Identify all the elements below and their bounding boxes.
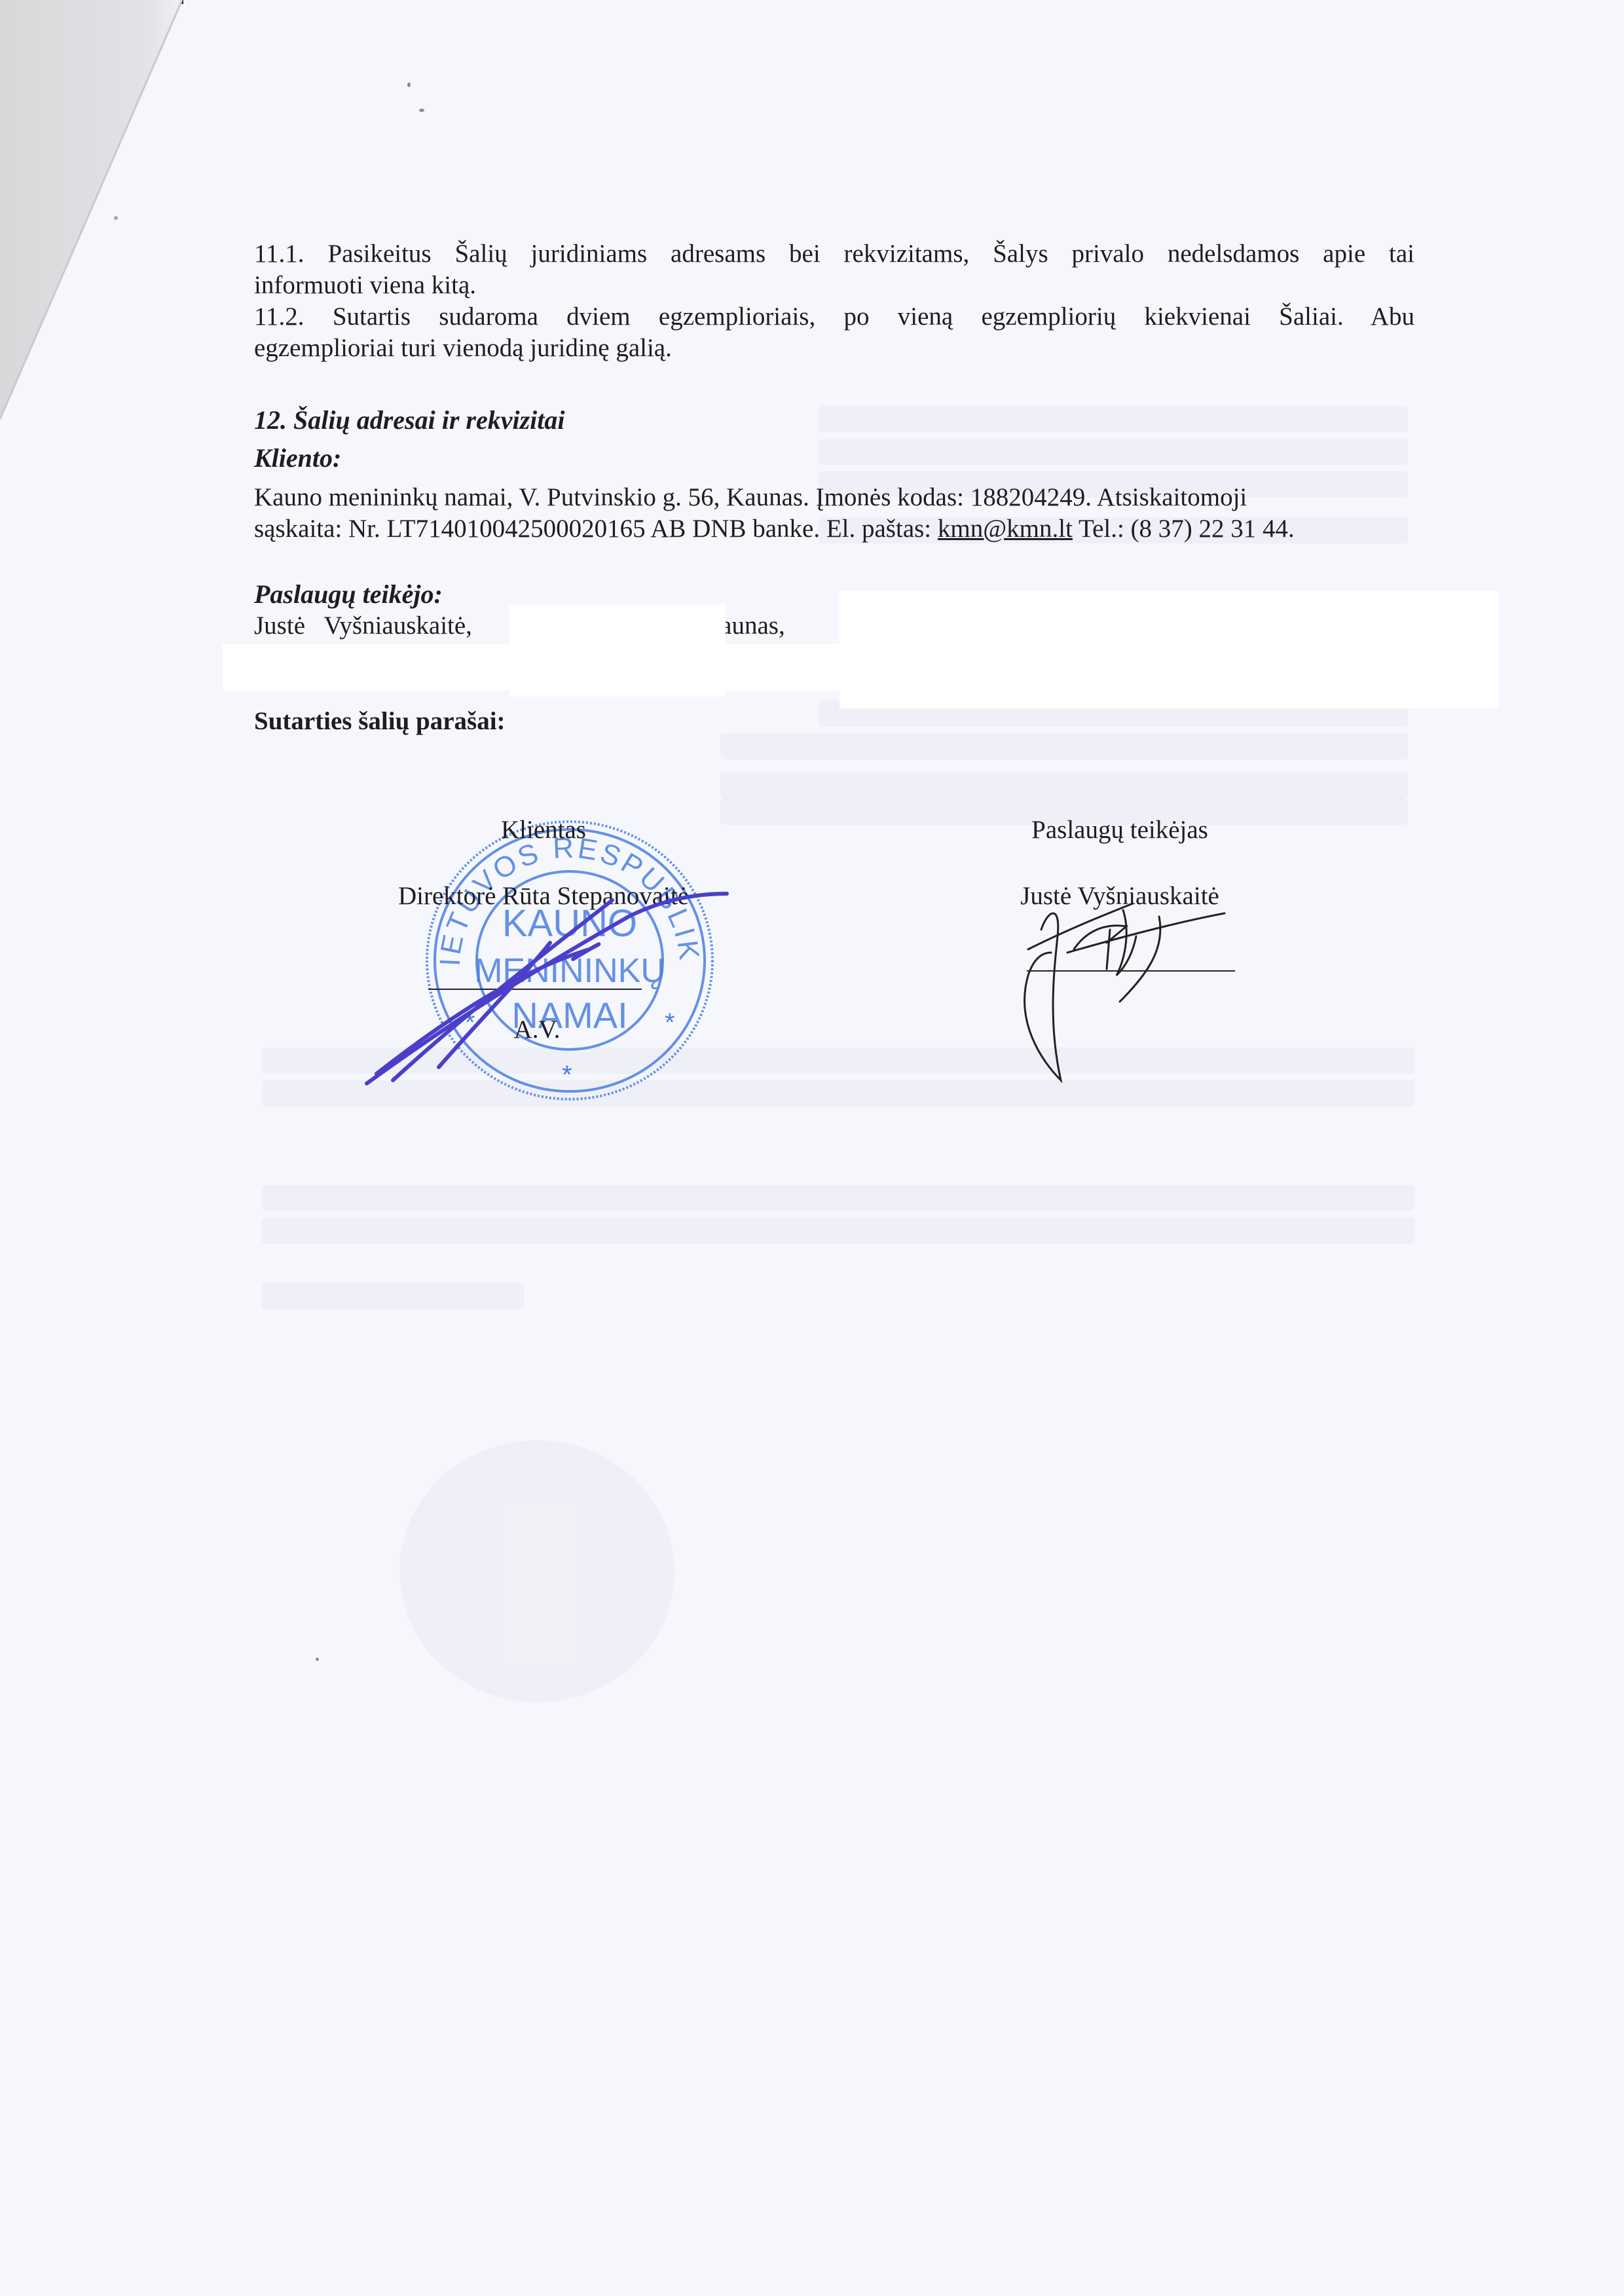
bleed-through-text: [262, 1185, 1414, 1211]
client-details-line2: sąskaita: Nr. LT714010042500020165 AB DN…: [254, 513, 1414, 544]
client-role: Klientas: [406, 815, 681, 845]
document-page: 11.1. Pasikeitus Šalių juridiniams adres…: [0, 0, 1624, 2296]
client-handwritten-signature: [354, 877, 733, 1093]
clause-11-1-line1: 11.1. Pasikeitus Šalių juridiniams adres…: [254, 238, 1414, 269]
dust-speck: [419, 109, 424, 112]
bleed-through-text: [720, 733, 1408, 759]
client-email-link[interactable]: kmn@kmn.lt: [938, 515, 1073, 543]
bleed-through-seal: [399, 1440, 674, 1702]
clause-text: Pasikeitus Šalių juridiniams adresams be…: [327, 240, 1414, 268]
dust-speck: [114, 216, 118, 220]
signatures-heading: Sutarties šalių parašai:: [254, 706, 1414, 737]
clause-11-1-line2: informuoti viena kitą.: [254, 270, 1414, 301]
provider-role: Paslaugų teikėjas: [982, 815, 1257, 845]
section-12-heading: 12. Šalių adresai ir rekvizitai: [254, 405, 1414, 435]
client-bank-text: sąskaita: Nr. LT714010042500020165 AB DN…: [254, 515, 938, 543]
clause-number: 11.2.: [254, 302, 304, 331]
redacted-bank-details: [223, 644, 845, 690]
clause-11-2-line2: egzemplioriai turi vienodą juridinę gali…: [254, 333, 1414, 363]
redacted-address: [840, 591, 1498, 708]
provider-handwritten-signature: [1002, 890, 1264, 1106]
client-details-line1: Kauno menininkų namai, V. Putvinskio g. …: [254, 482, 1414, 513]
client-phone-text: Tel.: (8 37) 22 31 44.: [1073, 515, 1295, 543]
clause-11-2-line1: 11.2. Sutartis sudaroma dviem egzemplior…: [254, 301, 1414, 332]
clause-text: Sutartis sudaroma dviem egzemplioriais, …: [333, 302, 1414, 331]
bleed-through-text: [720, 773, 1408, 799]
client-label: Kliento:: [254, 443, 1414, 473]
dust-speck: [316, 1658, 319, 1661]
dust-speck: [407, 82, 411, 87]
bleed-through-text: [262, 1283, 524, 1309]
clause-number: 11.1.: [254, 240, 304, 268]
bleed-through-text: [262, 1218, 1414, 1244]
